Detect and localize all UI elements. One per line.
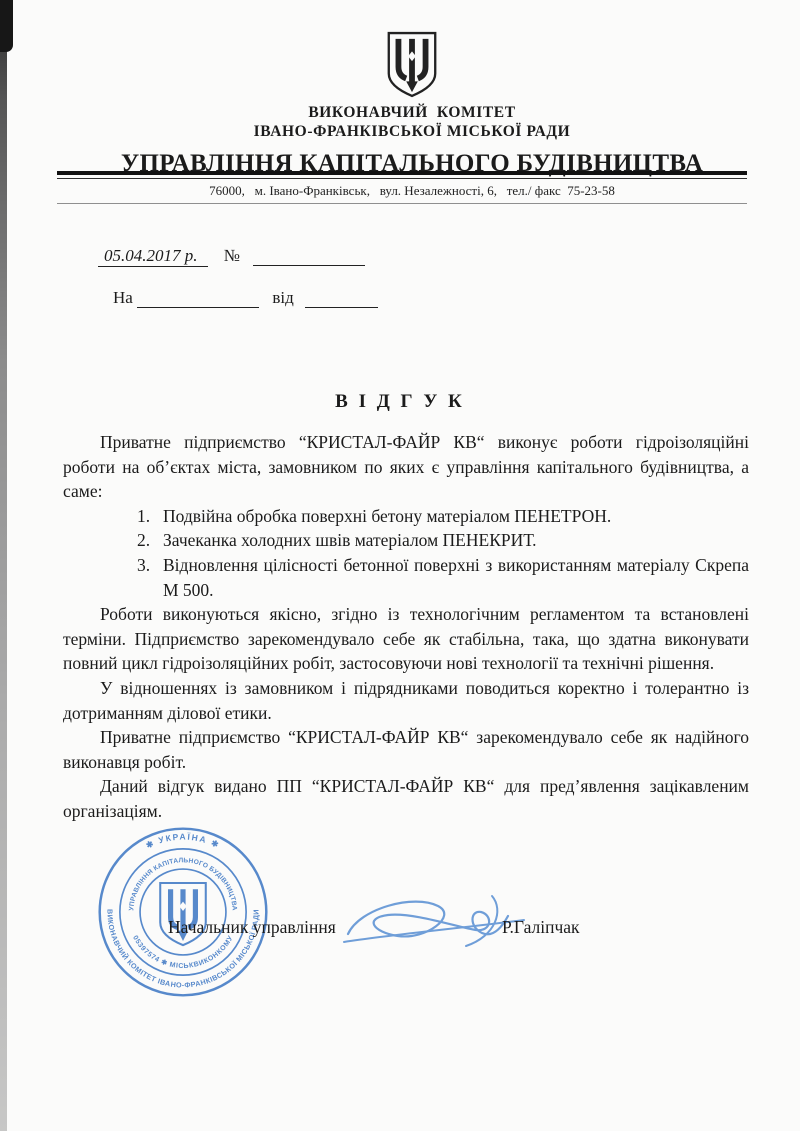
- signer-name: Р.Галіпчак: [502, 917, 580, 938]
- na-blank-line: [137, 290, 259, 308]
- date-value: 05.04.2017 р.: [98, 246, 208, 267]
- document-title: В І Д Г У К: [0, 391, 800, 413]
- list-item: Подвійна обробка поверхні бетону матеріа…: [163, 504, 749, 529]
- ukraine-trident-icon: [382, 30, 442, 98]
- org-name-line1: ВИКОНАВЧИЙ КОМІТЕТ: [24, 103, 800, 122]
- paragraph-reputation: Приватне підприємство “КРИСТАЛ-ФАЙР КВ“ …: [63, 725, 749, 774]
- list-item: Відновлення цілісності бетонної поверхні…: [163, 553, 749, 602]
- address-rule: [57, 203, 747, 204]
- number-label: №: [224, 246, 240, 265]
- letterhead: ВИКОНАВЧИЙ КОМІТЕТ ІВАНО-ФРАНКІВСЬКОЇ МІ…: [0, 30, 800, 178]
- official-round-stamp: ✱ УКРАЇНА ✱ ВИКОНАВЧИЙ КОМІТЕТ ІВАНО-ФРА…: [94, 823, 272, 1001]
- na-vid-row: На від: [113, 288, 378, 308]
- paragraph-quality: Роботи виконуються якісно, згідно із тех…: [63, 602, 749, 676]
- vid-label: від: [272, 288, 293, 307]
- signer-position: Начальник управління: [168, 917, 336, 938]
- na-label: На: [113, 288, 133, 307]
- paragraph-ethics: У відношеннях із замовником і підрядника…: [63, 676, 749, 725]
- address-line: 76000, м. Івано-Франківськ, вул. Незалеж…: [0, 183, 800, 199]
- vid-blank-line: [305, 290, 378, 308]
- paragraph-issuance: Даний відгук видано ПП “КРИСТАЛ-ФАЙР КВ“…: [63, 774, 749, 823]
- date-number-row: 05.04.2017 р. №: [98, 246, 365, 266]
- header-rule-thick: [57, 171, 747, 175]
- document-body: Приватне підприємство “КРИСТАЛ-ФАЙР КВ“ …: [63, 430, 749, 824]
- number-blank-line: [253, 248, 365, 266]
- scanned-letter-page: ВИКОНАВЧИЙ КОМІТЕТ ІВАНО-ФРАНКІВСЬКОЇ МІ…: [0, 0, 800, 1131]
- paragraph-intro: Приватне підприємство “КРИСТАЛ-ФАЙР КВ“ …: [63, 430, 749, 504]
- header-rule-thin: [57, 178, 747, 180]
- org-name-line2: ІВАНО-ФРАНКІВСЬКОЇ МІСЬКОЇ РАДИ: [24, 122, 800, 141]
- works-list: Подвійна обробка поверхні бетону матеріа…: [63, 504, 749, 602]
- list-item: Зачеканка холодних швів матеріалом ПЕНЕК…: [163, 528, 749, 553]
